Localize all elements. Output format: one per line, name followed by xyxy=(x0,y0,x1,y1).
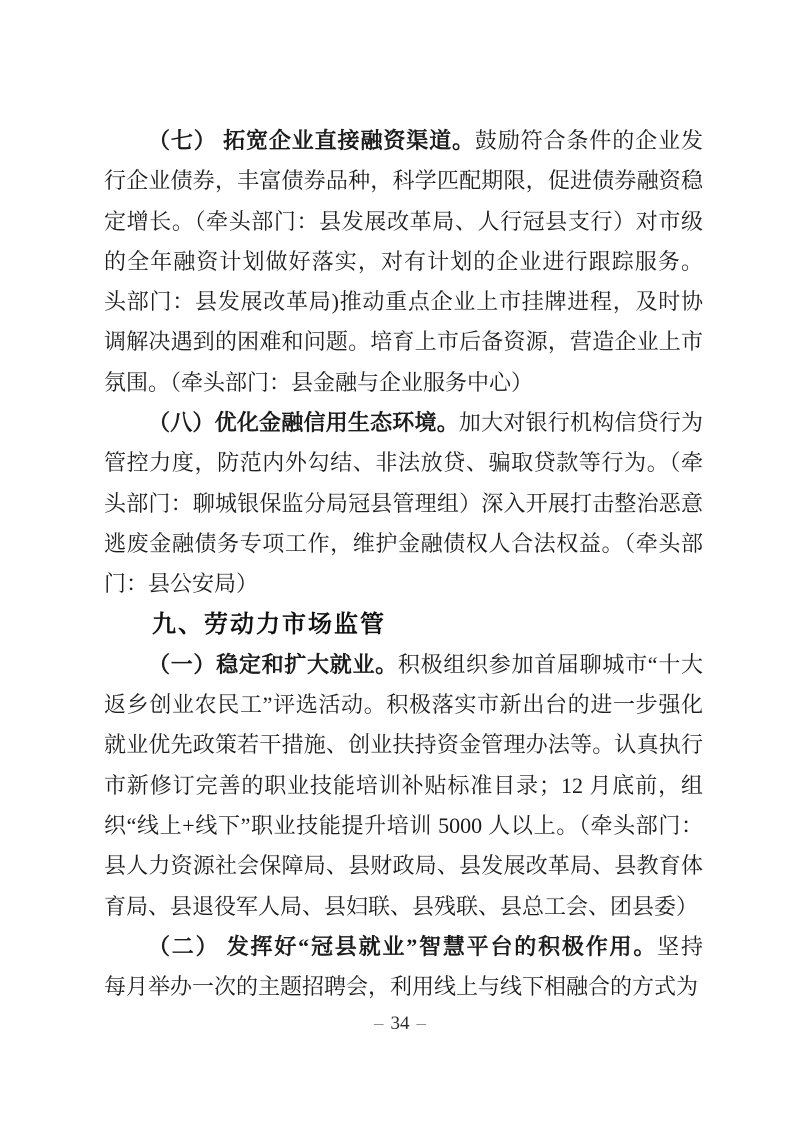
text-line: （七） 拓宽企业直接融资渠道。鼓励符合条件的企业发 xyxy=(104,121,703,161)
text-line: 行企业债券，丰富债券品种，科学匹配期限，促进债券融资稳 xyxy=(104,161,703,201)
body-text: 管控力度，防范内外勾结、非法放贷、骗取贷款等行为。（牵 xyxy=(104,450,703,475)
document-page: （七） 拓宽企业直接融资渠道。鼓励符合条件的企业发行企业债券，丰富债券品种，科学… xyxy=(0,0,800,1132)
body-text: 坚持 xyxy=(657,934,703,959)
page-footer: –34– xyxy=(0,1010,800,1038)
paragraph-item-7: （七） 拓宽企业直接融资渠道。鼓励符合条件的企业发行企业债券，丰富债券品种，科学… xyxy=(104,121,703,403)
footer-dash-right: – xyxy=(410,1013,434,1034)
body-text: 鼓励符合条件的企业发 xyxy=(475,128,703,153)
text-line: 门：县公安局） xyxy=(104,564,703,604)
text-line: （一）稳定和扩大就业。积极组织参加首届聊城市“十大 xyxy=(104,645,703,685)
text-line: 的全年融资计划做好落实，对有计划的企业进行跟踪服务。(牵 xyxy=(104,242,703,282)
body-text: 织“线上+线下”职业技能提升培训 5000 人以上。（牵头部门： xyxy=(104,813,703,838)
text-line: 市新修订完善的职业技能培训补贴标准目录；12 月底前，组 xyxy=(104,766,703,806)
body-text: 县人力资源社会保障局、县财政局、县发展改革局、县教育体 xyxy=(104,853,703,878)
page-number: 34 xyxy=(391,1013,410,1034)
body-text: 的全年融资计划做好落实，对有计划的企业进行跟踪服务。(牵 xyxy=(104,249,703,282)
document-body: （七） 拓宽企业直接融资渠道。鼓励符合条件的企业发行企业债券，丰富债券品种，科学… xyxy=(104,121,703,1008)
bold-lead-text: （七） 拓宽企业直接融资渠道。 xyxy=(148,128,475,153)
body-text: 加大对银行机构信贷行为 xyxy=(459,410,703,435)
body-text: 行企业债券，丰富债券品种，科学匹配期限，促进债券融资稳 xyxy=(104,168,703,193)
text-line: 定增长。（牵头部门：县发展改革局、人行冠县支行）对市级 xyxy=(104,202,703,242)
body-text: 每月举办一次的主题招聘会，利用线上与线下相融合的方式为 xyxy=(104,974,698,999)
body-text: 市新修订完善的职业技能培训补贴标准目录；12 月底前，组 xyxy=(104,773,703,798)
bold-lead-text: （一）稳定和扩大就业。 xyxy=(148,652,398,677)
body-text: 育局、县退役军人局、县妇联、县残联、县总工会、团县委） xyxy=(104,894,698,919)
text-line: 就业优先政策若干措施、创业扶持资金管理办法等。认真执行 xyxy=(104,725,703,765)
body-text: 氛围。（牵头部门：县金融与企业服务中心） xyxy=(104,370,533,395)
paragraph-item-2: （二） 发挥好“冠县就业”智慧平台的积极作用。坚持每月举办一次的主题招聘会，利用… xyxy=(104,927,703,1008)
body-text: 逃废金融债务专项工作，维护金融债权人合法权益。（牵头部 xyxy=(104,531,703,556)
text-line: 县人力资源社会保障局、县财政局、县发展改革局、县教育体 xyxy=(104,846,703,886)
text-line: 头部门：聊城银保监分局冠县管理组）深入开展打击整治恶意 xyxy=(104,484,703,524)
body-text: 调解决遇到的困难和问题。培育上市后备资源，营造企业上市 xyxy=(104,329,703,354)
section-heading-9: 九、劳动力市场监管 xyxy=(104,605,703,645)
body-text: 定增长。（牵头部门：县发展改革局、人行冠县支行）对市级 xyxy=(104,209,703,234)
body-text: 门：县公安局） xyxy=(104,571,258,596)
text-line: 管控力度，防范内外勾结、非法放贷、骗取贷款等行为。（牵 xyxy=(104,443,703,483)
body-text: 就业优先政策若干措施、创业扶持资金管理办法等。认真执行 xyxy=(104,732,703,757)
body-text: 积极组织参加首届聊城市“十大 xyxy=(398,652,703,677)
text-line: 织“线上+线下”职业技能提升培训 5000 人以上。（牵头部门： xyxy=(104,806,703,846)
bold-lead-text: （八）优化金融信用生态环境。 xyxy=(148,410,459,435)
text-line: 头部门：县发展改革局)推动重点企业上市挂牌进程，及时协 xyxy=(104,282,703,322)
body-text: 返乡创业农民工”评选活动。积极落实市新出台的进一步强化 xyxy=(104,692,703,717)
body-text: 头部门：县发展改革局)推动重点企业上市挂牌进程，及时协 xyxy=(104,289,703,314)
footer-dash-left: – xyxy=(367,1013,391,1034)
body-text: 头部门：聊城银保监分局冠县管理组）深入开展打击整治恶意 xyxy=(104,491,703,516)
text-line: 逃废金融债务专项工作，维护金融债权人合法权益。（牵头部 xyxy=(104,524,703,564)
text-line: 氛围。（牵头部门：县金融与企业服务中心） xyxy=(104,363,703,403)
text-line: （二） 发挥好“冠县就业”智慧平台的积极作用。坚持 xyxy=(104,927,703,967)
text-line: 每月举办一次的主题招聘会，利用线上与线下相融合的方式为 xyxy=(104,967,703,1007)
paragraph-item-8: （八）优化金融信用生态环境。加大对银行机构信贷行为管控力度，防范内外勾结、非法放… xyxy=(104,403,703,604)
paragraph-item-1: （一）稳定和扩大就业。积极组织参加首届聊城市“十大返乡创业农民工”评选活动。积极… xyxy=(104,645,703,927)
text-line: （八）优化金融信用生态环境。加大对银行机构信贷行为 xyxy=(104,403,703,443)
text-line: 育局、县退役军人局、县妇联、县残联、县总工会、团县委） xyxy=(104,887,703,927)
bold-lead-text: （二） 发挥好“冠县就业”智慧平台的积极作用。 xyxy=(148,934,657,959)
text-line: 调解决遇到的困难和问题。培育上市后备资源，营造企业上市 xyxy=(104,322,703,362)
text-line: 返乡创业农民工”评选活动。积极落实市新出台的进一步强化 xyxy=(104,685,703,725)
